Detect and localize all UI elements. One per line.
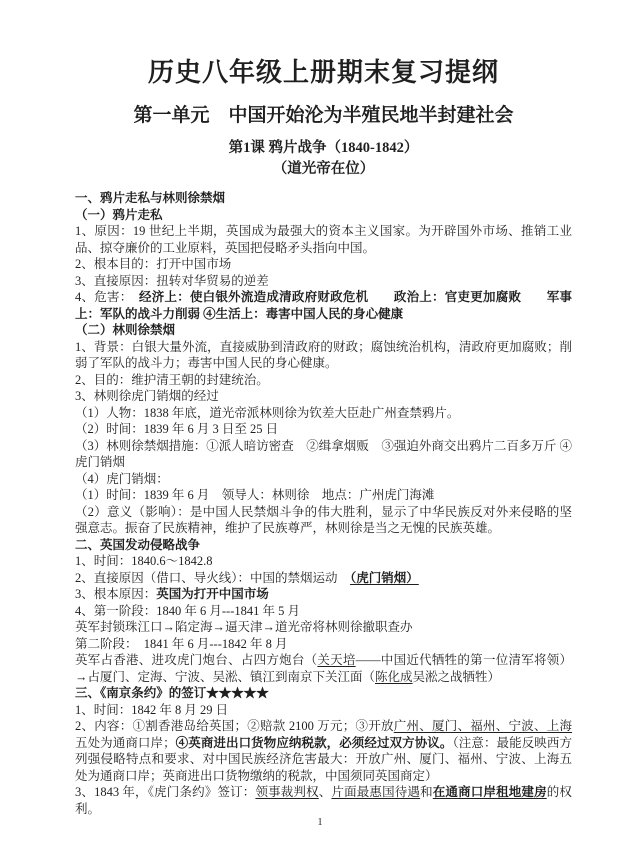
- text-segment: （一）鸦片走私: [75, 208, 163, 222]
- text-segment: 吴淞之战牺牲）: [413, 670, 501, 684]
- text-segment: （虎门销烟）: [350, 571, 419, 585]
- item-humen-time: （1）时间：1839 年 6 月 领导人：林则徐 地点：广州虎门海滩: [75, 487, 572, 504]
- item-cause: 1、原因：19 世纪上半期，英国成为最强大的资本主义国家。为开辟国外市场、推销工…: [75, 223, 572, 256]
- item-war-direct-cause: 2、直接原因（借口、导火线）：中国的禁烟运动 （虎门销烟）: [75, 570, 572, 587]
- lesson-subtitle: （道光帝在位）: [75, 160, 572, 179]
- text-segment: 、: [319, 785, 332, 799]
- unit-title: 第一单元 中国开始沦为半殖民地半封建社会: [75, 103, 572, 128]
- text-segment: 领事裁判权: [255, 785, 318, 799]
- page-number: 1: [0, 816, 640, 828]
- item-humen-heading: （4）虎门销烟：: [75, 471, 572, 488]
- item-background: 1、背景：白银大量外流，直接威胁到清政府的财政；腐蚀统治机构，清政府更加腐败；削…: [75, 339, 572, 372]
- text-segment: 五处为通商口岸；: [75, 736, 176, 750]
- text-segment: （2）时间：1839 年 6 月 3 日至 25 日: [75, 422, 278, 436]
- text-segment: 陈化成: [375, 670, 413, 684]
- item-purpose: 2、目的：维护清王朝的封建统治。: [75, 372, 572, 389]
- document-page: 历史八年级上册期末复习提纲 第一单元 中国开始沦为半殖民地半封建社会 第1课 鸦…: [0, 0, 640, 853]
- item-stage-2: 第二阶段： 1841 年 6 月---1842 年 8 月: [75, 636, 572, 653]
- text-segment: 2、内容：①割香港岛给英国；②赔款 2100 万元；③开放: [75, 719, 394, 733]
- text-segment: （4）虎门销烟：: [75, 472, 169, 486]
- item-significance: （2）意义（影响）：是中国人民禁烟斗争的伟大胜利，显示了中华民族反对外来侵略的坚…: [75, 504, 572, 537]
- text-segment: 第二阶段： 1841 年 6 月---1842 年 8 月: [75, 637, 288, 651]
- text-segment: 和: [420, 785, 433, 799]
- section-3-heading: 三、《南京条约》的签订★★★★★: [75, 685, 572, 702]
- item-fundamental-goal: 2、根本目的：打开中国市场: [75, 256, 572, 273]
- text-segment: （二）林则徐禁烟: [75, 323, 175, 337]
- item-stage-1-route: 英军封锁珠江口→陷定海→逼天津→道光帝将林则徐撤职查办: [75, 619, 572, 636]
- text-segment: （3）林则徐禁烟措施：①派人暗访密查 ②缉拿烟贩 ③强迫外商交出鸦片二百多万斤 …: [75, 439, 572, 470]
- item-harms: 4、危害： 经济上：使白银外流造成清政府财政危机 政治上：官吏更加腐败 军事上：…: [75, 289, 572, 322]
- subsection-1-2-heading: （二）林则徐禁烟: [75, 322, 572, 339]
- section-1-heading: 一、鸦片走私与林则徐禁烟: [75, 190, 572, 207]
- text-segment: 1、原因：19 世纪上半期，英国成为最强大的资本主义国家。为开辟国外市场、推销工…: [75, 224, 572, 255]
- text-segment: 片面最惠国待遇: [331, 785, 420, 799]
- document-body: 一、鸦片走私与林则徐禁烟（一）鸦片走私1、原因：19 世纪上半期，英国成为最强大…: [75, 190, 572, 817]
- text-segment: 3、根本原因：: [75, 587, 156, 601]
- item-war-fundamental-cause: 3、根本原因：英国为打开中国市场: [75, 586, 572, 603]
- item-war-time: 1、时间：1840.6～1842.8: [75, 553, 572, 570]
- text-segment: 1、时间：1842 年 8 月 29 日: [75, 703, 228, 717]
- text-segment: 4、第一阶段：1840 年 6 月---1841 年 5 月: [75, 604, 300, 618]
- text-segment: 1、时间：1840.6～1842.8: [75, 554, 213, 568]
- item-person: （1）人物：1838 年底，道光帝派林则徐为钦差大臣赴广州查禁鸦片。: [75, 405, 572, 422]
- text-segment: 2、目的：维护清王朝的封建统治。: [75, 373, 269, 387]
- text-segment: 1、背景：白银大量外流，直接威胁到清政府的财政；腐蚀统治机构，清政府更加腐败；削…: [75, 340, 572, 371]
- item-process-heading: 3、林则徐虎门销烟的经过: [75, 388, 572, 405]
- item-stage-2-route: 英军占香港、进攻虎门炮台、占四方炮台（关天培——中国近代牺牲的第一位清军将领）→…: [75, 652, 572, 685]
- document-title: 历史八年级上册期末复习提纲: [75, 56, 572, 90]
- text-segment: 经济上：使白银外流造成清政府财政危机 政治上：官吏更加腐败 军事上：军队的战斗力…: [75, 290, 572, 321]
- text-segment: 3、1843 年，《虎门条约》签订：: [75, 785, 255, 799]
- item-treaty-content: 2、内容：①割香港岛给英国；②赔款 2100 万元；③开放广州、厦门、福州、宁波…: [75, 718, 572, 784]
- text-segment: 关天培: [317, 653, 355, 667]
- item-direct-cause: 3、直接原因：扭转对华贸易的逆差: [75, 273, 572, 290]
- text-segment: ④英商进出口货物应纳税款，必须经过双方协议。: [176, 736, 453, 750]
- text-segment: （1）时间：1839 年 6 月 领导人：林则徐 地点：广州虎门海滩: [75, 488, 434, 502]
- text-segment: 在通商口岸租地建房: [433, 785, 547, 799]
- item-stage-1: 4、第一阶段：1840 年 6 月---1841 年 5 月: [75, 603, 572, 620]
- section-2-heading: 二、英国发动侵略战争: [75, 537, 572, 554]
- text-segment: 2、根本目的：打开中国市场: [75, 257, 231, 271]
- text-segment: 3、直接原因：扭转对华贸易的逆差: [75, 274, 269, 288]
- subsection-1-1-heading: （一）鸦片走私: [75, 207, 572, 224]
- text-segment: （1）人物：1838 年底，道光帝派林则徐为钦差大臣赴广州查禁鸦片。: [75, 406, 459, 420]
- text-segment: 三、《南京条约》的签订★★★★★: [75, 686, 269, 700]
- text-segment: 二、英国发动侵略战争: [75, 538, 200, 552]
- item-time: （2）时间：1839 年 6 月 3 日至 25 日: [75, 421, 572, 438]
- text-segment: 4、危害：: [75, 290, 139, 304]
- item-measures: （3）林则徐禁烟措施：①派人暗访密查 ②缉拿烟贩 ③强迫外商交出鸦片二百多万斤 …: [75, 438, 572, 471]
- text-segment: 英军占香港、进攻虎门炮台、占四方炮台（: [75, 653, 317, 667]
- text-segment: 一、鸦片走私与林则徐禁烟: [75, 191, 225, 205]
- text-segment: （2）意义（影响）：是中国人民禁烟斗争的伟大胜利，显示了中华民族反对外来侵略的坚…: [75, 505, 572, 536]
- text-segment: 广州、厦门、福州、宁波、上海: [394, 719, 572, 733]
- item-humen-treaty: 3、1843 年，《虎门条约》签订：领事裁判权、片面最惠国待遇和在通商口岸租地建…: [75, 784, 572, 817]
- text-segment: 3、林则徐虎门销烟的经过: [75, 389, 219, 403]
- item-treaty-time: 1、时间：1842 年 8 月 29 日: [75, 702, 572, 719]
- text-segment: 2、直接原因（借口、导火线）：中国的禁烟运动: [75, 571, 350, 585]
- text-segment: 英国为打开中国市场: [156, 587, 269, 601]
- text-segment: 英军封锁珠江口→陷定海→逼天津→道光帝将林则徐撤职查办: [75, 620, 413, 634]
- lesson-title: 第1课 鸦片战争（1840-1842）: [75, 139, 572, 158]
